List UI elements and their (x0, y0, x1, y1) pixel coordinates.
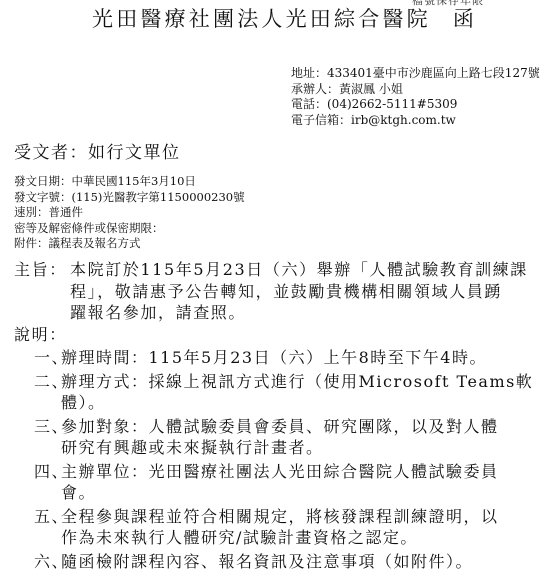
document-title: 光田醫療社團法人光田綜合醫院函 (92, 6, 477, 32)
contact-email: 電子信箱：irb@ktgh.com.tw (291, 113, 540, 129)
document-meta: 發文日期：中華民國115年3月10日 發文字號：(115)光醫教字第115000… (14, 174, 245, 252)
item-line: 作為未來執行人體研究/試驗計畫資格之認定。 (61, 527, 546, 549)
explanation-list: 一、 辦理時間：115年5月23日（六）上午8時至下午4時。 二、 辦理方式：採… (34, 347, 546, 572)
item-number: 四、 (34, 461, 69, 483)
item-line: 參加對象：人體試驗委員會委員、研究團隊，以及對人體 (61, 416, 546, 438)
contact-handler: 承辦人：黃淑鳳 小姐 (291, 82, 540, 98)
attachments: 附件：議程表及報名方式 (14, 236, 245, 252)
explanation-label: 說明： (14, 324, 67, 346)
subject-label: 主旨： (14, 259, 67, 281)
item-number: 一、 (34, 347, 69, 369)
document-type: 函 (453, 7, 477, 31)
document-number: 發文字號：(115)光醫教字第1150000230號 (14, 190, 245, 206)
explanation-item: 三、 參加對象：人體試驗委員會委員、研究團隊，以及對人體 研究有興趣或未來擬執行… (34, 416, 546, 459)
item-number: 二、 (34, 371, 69, 393)
item-line: 研究有興趣或未來擬執行計畫者。 (61, 437, 546, 459)
contact-block: 地址：433401臺中市沙鹿區向上路七段127號 承辦人：黃淑鳳 小姐 電話：(… (291, 66, 540, 128)
issue-date: 發文日期：中華民國115年3月10日 (14, 174, 245, 190)
classification: 密等及解密條件或保密期限： (14, 221, 245, 237)
item-line: 會。 (61, 482, 546, 504)
item-number: 五、 (34, 506, 69, 528)
item-line: 辦理方式：採線上視訊方式進行（使用Microsoft Teams軟 (61, 371, 546, 393)
explanation-item: 一、 辦理時間：115年5月23日（六）上午8時至下午4時。 (34, 347, 546, 369)
item-line: 辦理時間：115年5月23日（六）上午8時至下午4時。 (61, 347, 546, 369)
subject-body: 本院訂於115年5月23日（六）舉辦「人體試驗教育訓練課 程」，敬請惠予公告轉知… (70, 259, 544, 324)
explanation-item: 四、 主辦單位：光田醫療社團法人光田綜合醫院人體試驗委員 會。 (34, 461, 546, 504)
explanation-item: 二、 辦理方式：採線上視訊方式進行（使用Microsoft Teams軟 體）。 (34, 371, 546, 414)
subject-line: 程」，敬請惠予公告轉知，並鼓勵貴機構相關領域人員踴 (70, 281, 544, 303)
organization-name: 光田醫療社團法人光田綜合醫院 (92, 7, 431, 31)
subject-line: 本院訂於115年5月23日（六）舉辦「人體試驗教育訓練課 (70, 259, 544, 281)
item-number: 三、 (34, 416, 69, 438)
contact-phone: 電話：(04)2662-5111#5309 (291, 97, 540, 113)
item-line: 體）。 (61, 392, 546, 414)
item-line: 主辦單位：光田醫療社團法人光田綜合醫院人體試驗委員 (61, 461, 546, 483)
contact-address: 地址：433401臺中市沙鹿區向上路七段127號 (291, 66, 540, 82)
item-line: 全程參與課程並符合相關規定，將核發課程訓練證明，以 (61, 506, 546, 528)
item-number: 六、 (34, 551, 69, 573)
item-line: 隨函檢附課程內容、報名資訊及注意事項（如附件）。 (61, 551, 546, 573)
urgency: 速別：普通件 (14, 205, 245, 221)
subject-line: 躍報名參加，請查照。 (70, 302, 544, 324)
recipient: 受文者：如行文單位 (14, 142, 181, 164)
explanation-item: 六、 隨函檢附課程內容、報名資訊及注意事項（如附件）。 (34, 551, 546, 573)
explanation-item: 五、 全程參與課程並符合相關規定，將核發課程訓練證明，以 作為未來執行人體研究/… (34, 506, 546, 549)
